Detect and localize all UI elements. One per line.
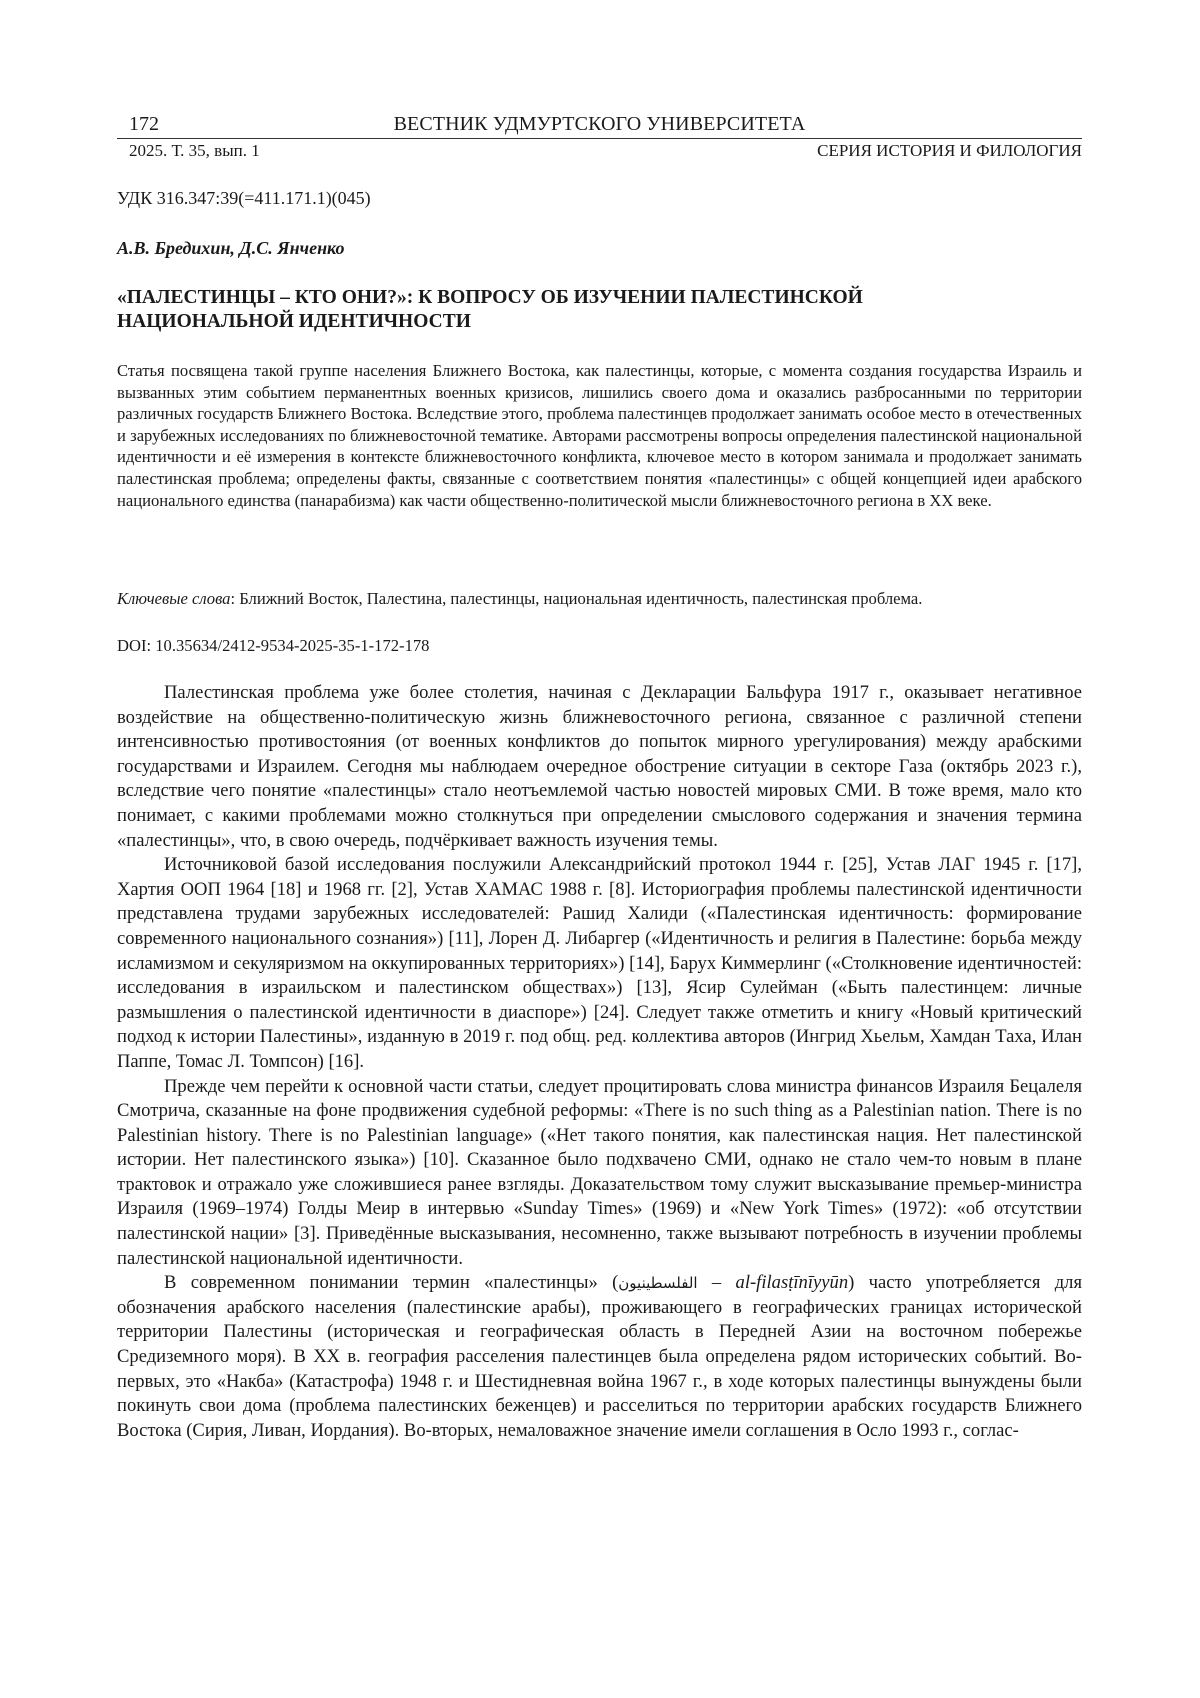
series-title: СЕРИЯ ИСТОРИЯ И ФИЛОЛОГИЯ [817,141,1082,161]
title-line-2: НАЦИОНАЛЬНОЙ ИДЕНТИЧНОСТИ [117,310,1082,334]
p4-text-start: В современном понимании термин «палестин… [164,1272,618,1293]
header-rule [117,138,1082,139]
udk-code: УДК 316.347:39(=411.171.1)(045) [117,188,371,209]
article-doi: DOI: 10.35634/2412-9534-2025-35-1-172-17… [117,636,429,656]
running-head: 172 ВЕСТНИК УДМУРТСКОГО УНИВЕРСИТЕТА [117,113,1082,137]
article-authors: А.В. Бредихин, Д.С. Янченко [117,238,345,259]
transliteration: al-filasṭīnīyyūn [736,1272,849,1293]
issue-info: 2025. Т. 35, вып. 1 [129,141,260,161]
body-paragraph-3: Прежде чем перейти к основной части стат… [117,1075,1082,1272]
article-abstract: Статья посвящена такой группе населения … [117,360,1082,511]
arabic-term: الفلسطينيون [618,1274,697,1292]
journal-title: ВЕСТНИК УДМУРТСКОГО УНИВЕРСИТЕТА [117,113,1082,136]
article-body: Палестинская проблема уже более столетия… [117,681,1082,1443]
body-paragraph-4: В современном понимании термин «палестин… [117,1271,1082,1443]
keywords-list: : Ближний Восток, Палестина, палестинцы,… [230,589,922,608]
body-paragraph-1: Палестинская проблема уже более столетия… [117,681,1082,853]
title-line-1: «ПАЛЕСТИНЦЫ – КТО ОНИ?»: К ВОПРОСУ ОБ ИЗ… [117,286,1082,310]
body-paragraph-2: Источниковой базой исследования послужил… [117,853,1082,1074]
article-keywords: Ключевые слова: Ближний Восток, Палестин… [117,588,1082,609]
p4-text-rest: ) часто употребля­ется для обозначения а… [117,1272,1082,1441]
running-subhead: 2025. Т. 35, вып. 1 СЕРИЯ ИСТОРИЯ И ФИЛО… [117,141,1082,163]
keywords-label: Ключевые слова [117,589,230,608]
p4-dash: – [698,1272,736,1293]
article-title: «ПАЛЕСТИНЦЫ – КТО ОНИ?»: К ВОПРОСУ ОБ ИЗ… [117,286,1082,334]
